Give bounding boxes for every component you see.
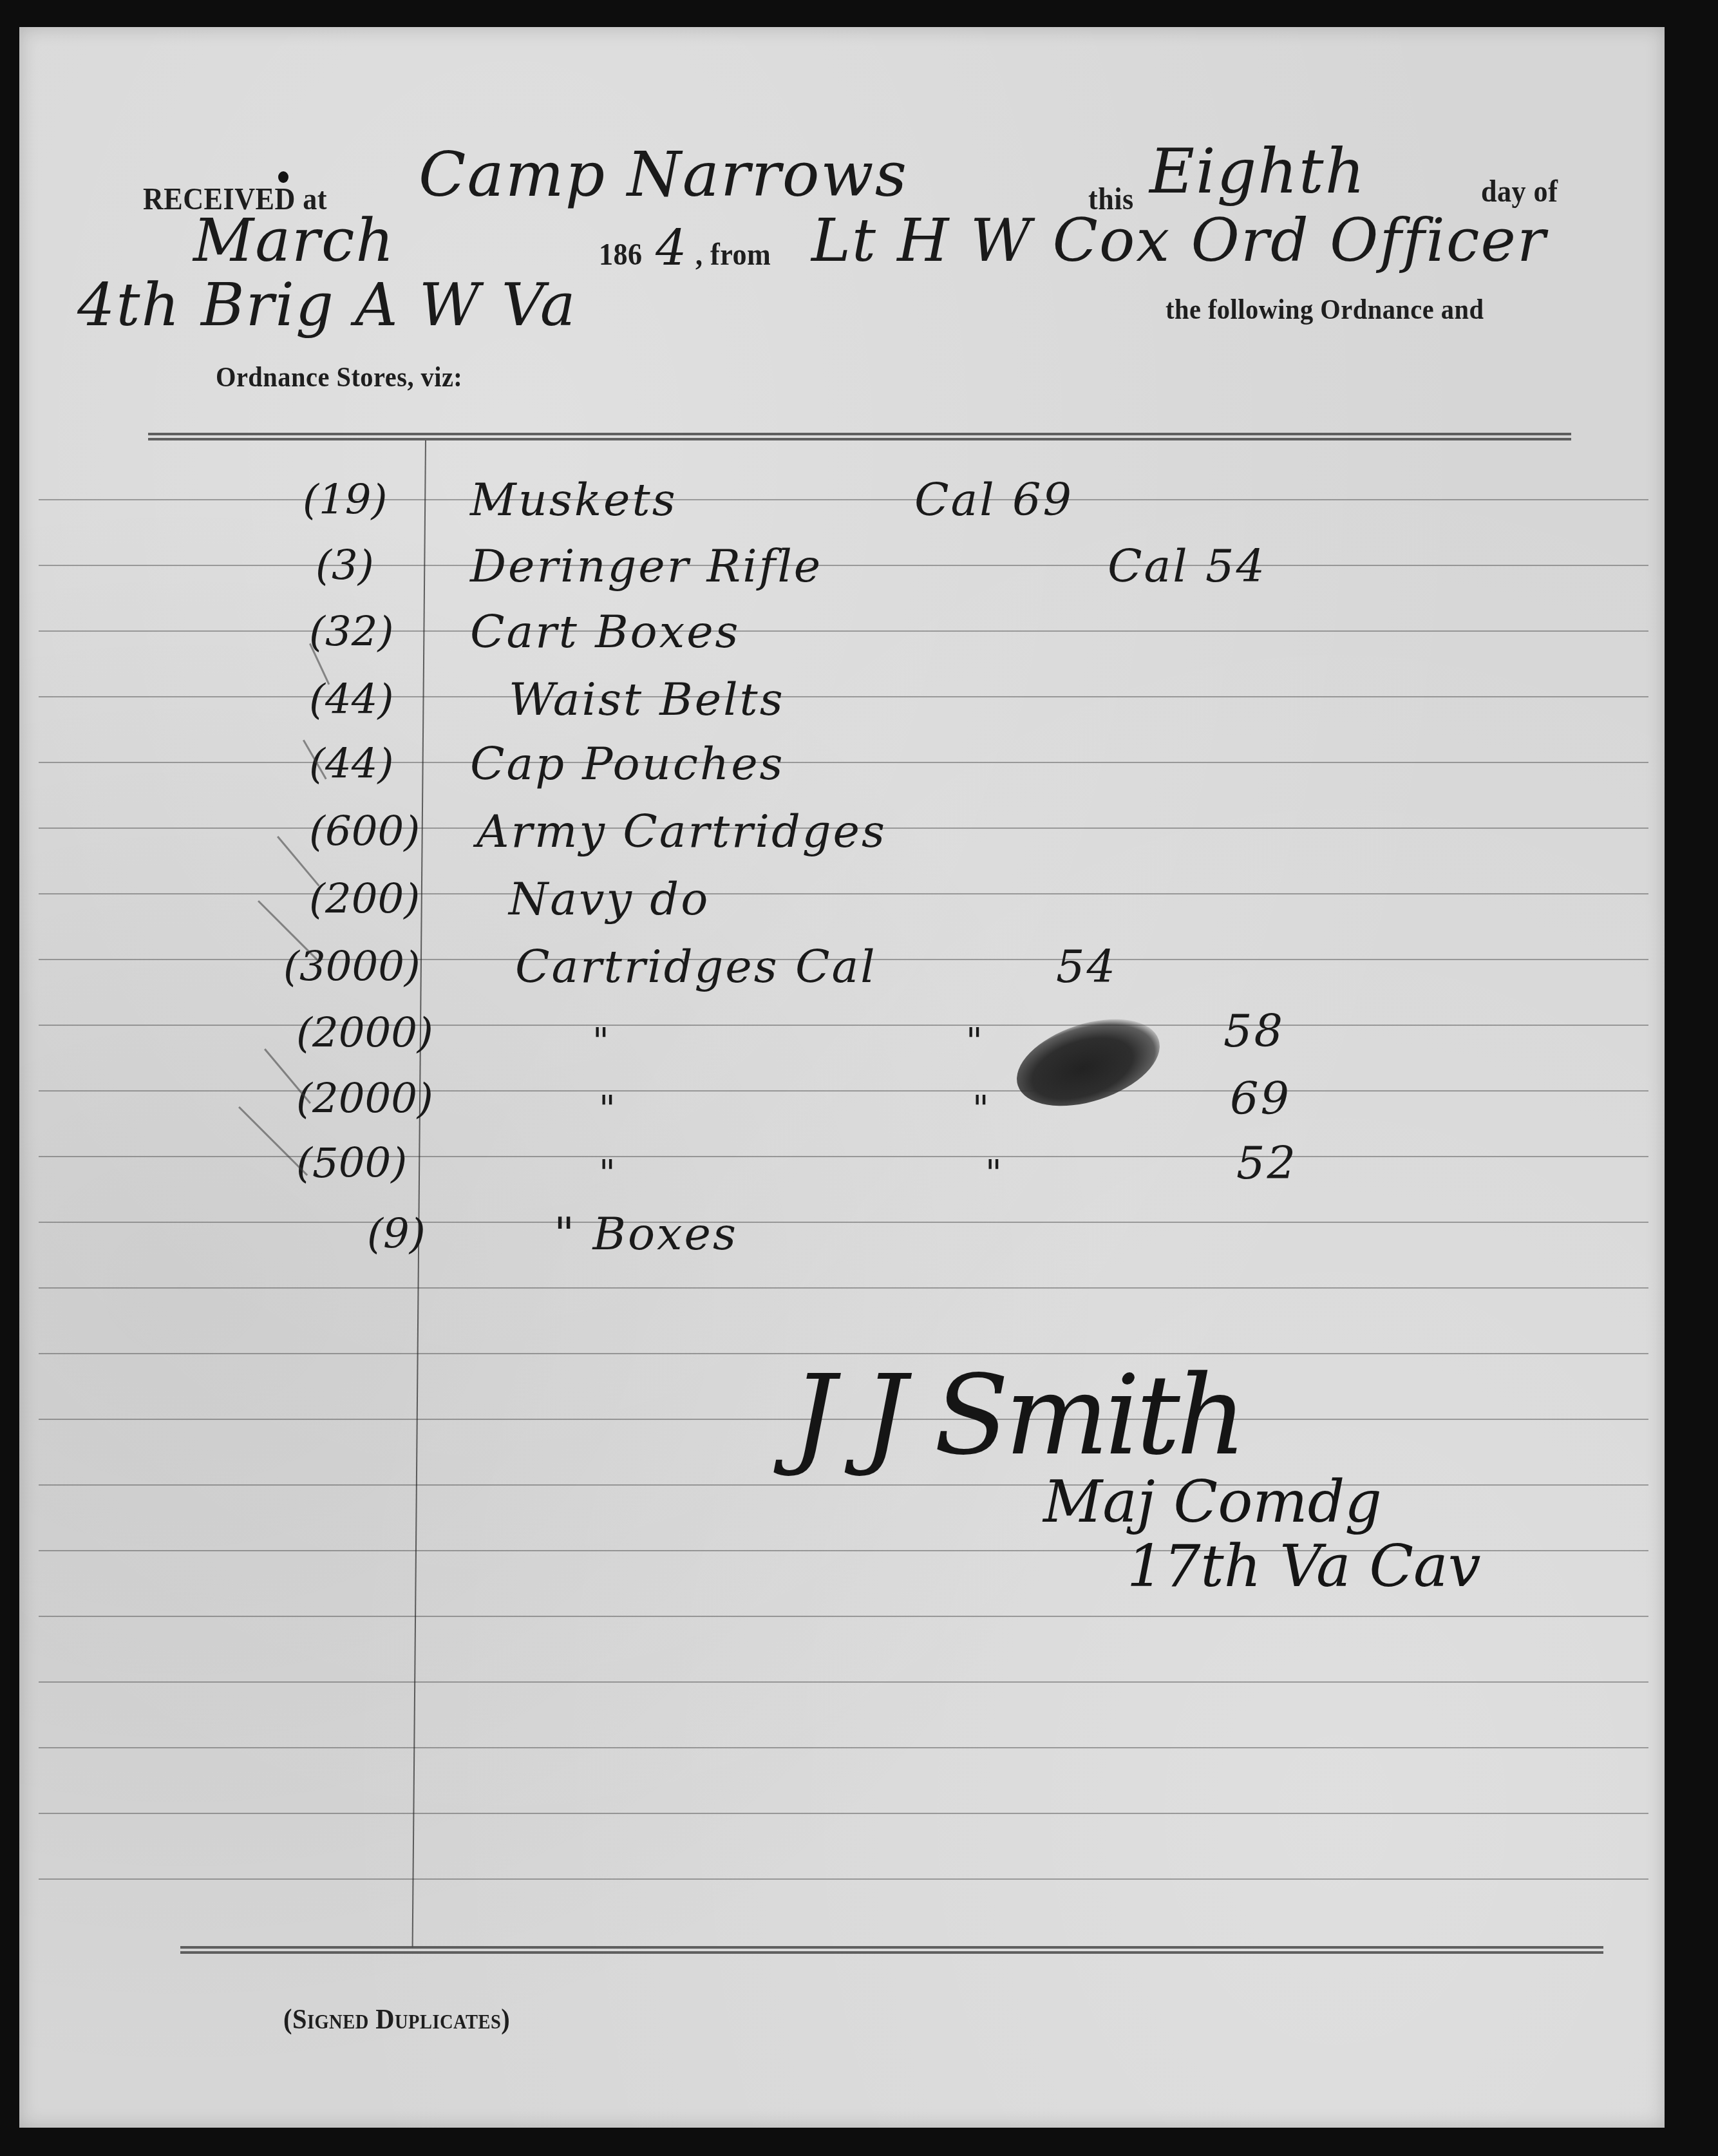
following-label: the following Ordnance and: [1166, 293, 1484, 326]
item-description: Muskets: [470, 473, 677, 526]
year-prefix: 186: [599, 237, 643, 272]
year-digit-handwritten: 4: [656, 219, 688, 276]
top-double-rule: [148, 433, 1571, 440]
item-quantity: (500): [296, 1140, 407, 1187]
ruled-line: [39, 1025, 1648, 1026]
day-of-label: day of: [1481, 174, 1558, 209]
stores-label: Ordnance Stores, viz:: [216, 361, 462, 393]
item-quantity: (9): [367, 1211, 426, 1258]
item-caliber: Cal 54: [1108, 540, 1267, 592]
item-quantity: (3): [316, 542, 374, 590]
item-caliber: 52: [1236, 1137, 1298, 1189]
day-handwritten: Eighth: [1149, 135, 1366, 207]
ruled-line: [39, 1484, 1648, 1486]
ruled-line: [39, 1878, 1648, 1880]
ditto-mark: ": [985, 1153, 1002, 1195]
ruled-line: [39, 1090, 1648, 1092]
item-quantity: (600): [309, 808, 420, 856]
signature-rank: Maj Comdg: [1043, 1468, 1382, 1536]
ditto-mark: ": [592, 1021, 609, 1063]
ruled-line: [39, 762, 1648, 763]
ruled-line: [39, 1222, 1648, 1223]
pin-hole-mark: [278, 171, 288, 183]
ruled-line: [39, 1287, 1648, 1289]
item-quantity: (19): [303, 477, 387, 524]
signature-name: J J Smith: [792, 1352, 1243, 1480]
from-label: , from: [695, 237, 771, 272]
ruled-line: [39, 696, 1648, 697]
item-quantity: (44): [309, 676, 393, 724]
item-caliber: 69: [1230, 1072, 1291, 1125]
item-caliber: 54: [1056, 940, 1117, 993]
ditto-mark: ": [599, 1153, 616, 1195]
ruled-line: [39, 893, 1648, 894]
month-handwritten: March: [193, 206, 395, 275]
ditto-mark: ": [972, 1088, 989, 1130]
location-handwritten: Camp Narrows: [419, 138, 908, 211]
item-quantity: (44): [309, 741, 393, 788]
item-caliber: 58: [1223, 1005, 1285, 1057]
item-description: Navy do: [509, 873, 710, 925]
ruled-line: [39, 565, 1648, 566]
item-quantity: (200): [309, 876, 420, 923]
from-unit-handwritten: 4th Brig A W Va: [77, 270, 576, 339]
item-description: " Boxes: [554, 1207, 738, 1260]
from-officer-handwritten: Lt H W Cox Ord Officer: [811, 206, 1547, 275]
item-description: Deringer Rifle: [470, 540, 822, 592]
item-quantity: (2000): [296, 1075, 433, 1123]
item-description: Cap Pouches: [470, 737, 784, 790]
item-quantity: (32): [309, 609, 393, 656]
ruled-line: [39, 1813, 1648, 1814]
item-description: Waist Belts: [509, 673, 785, 726]
signed-duplicates-label: (Signed Duplicates): [283, 2003, 510, 2036]
ruled-line: [39, 1747, 1648, 1748]
ruled-line: [39, 1681, 1648, 1683]
ruled-line: [39, 1156, 1648, 1157]
item-quantity: (3000): [283, 943, 420, 991]
signature-unit: 17th Va Cav: [1127, 1533, 1481, 1600]
ditto-mark: ": [966, 1021, 983, 1063]
item-description: Army Cartridges: [477, 805, 887, 858]
item-description: Cartridges Cal: [515, 940, 877, 993]
item-quantity: (2000): [296, 1010, 433, 1057]
item-caliber: Cal 69: [914, 473, 1073, 526]
ruled-line: [39, 1616, 1648, 1617]
item-description: Cart Boxes: [470, 605, 741, 658]
bottom-double-rule: [180, 1946, 1603, 1954]
ditto-mark: ": [599, 1088, 616, 1130]
ruled-line: [39, 630, 1648, 632]
ruled-line: [39, 499, 1648, 500]
